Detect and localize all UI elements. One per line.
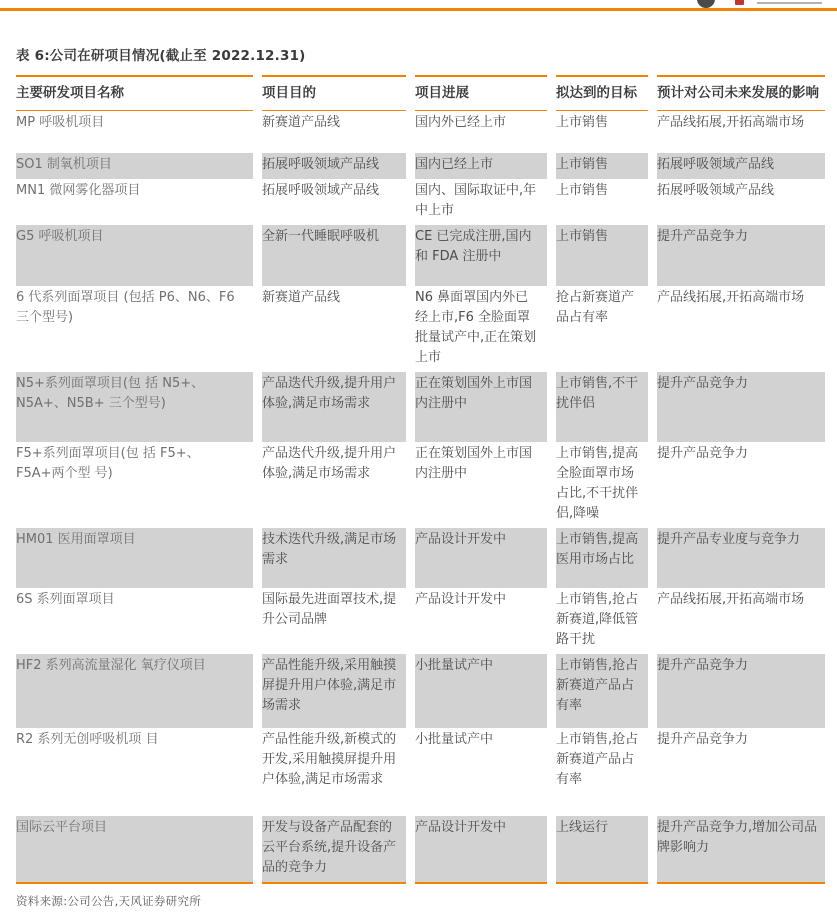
table-cell: 拓展呼吸领域产品线 [262,179,406,225]
table-body: MP 呼吸机项目新赛道产品线国内外已经上市上市销售产品线拓展,开拓高端市场SO1… [16,111,825,884]
table-cell: HF2 系列高流量湿化 氧疗仪项目 [16,654,253,728]
table-cell: 提升产品竞争力 [657,225,825,286]
table-cell: 拓展呼吸领域产品线 [657,179,825,225]
table-cell: 产品迭代升级,提升用户体验,满足市场需求 [262,442,406,528]
table-row: SO1 制氧机项目拓展呼吸领域产品线国内已经上市上市销售拓展呼吸领域产品线 [16,153,825,179]
table-cell: 技术迭代升级,满足市场需求 [262,528,406,588]
table-cell: 产品设计开发中 [415,588,547,654]
table-row: R2 系列无创呼吸机项 目产品性能升级,新模式的开发,采用触摸屏提升用户体验,满… [16,728,825,816]
table-row: HM01 医用面罩项目技术迭代升级,满足市场需求产品设计开发中上市销售,提高医用… [16,528,825,588]
table-cell: 提升产品竞争力,增加公司品牌影响力 [657,816,825,884]
table-row: F5+系列面罩项目(包 括 F5+、F5A+两个型 号)产品迭代升级,提升用户体… [16,442,825,528]
table-cell: 上市销售,抢占新赛道产品占有率 [556,728,648,816]
table-header: 主要研发项目名称项目目的项目进展拟达到的目标预计对公司未来发展的影响 [16,75,825,111]
table-row: 6 代系列面罩项目 (包括 P6、N6、F6 三个型号)新赛道产品线N6 鼻面罩… [16,286,825,372]
brand-strip [0,0,837,8]
table-cell: 提升产品竞争力 [657,654,825,728]
column-header: 预计对公司未来发展的影响 [657,75,825,111]
logo-circle-icon [697,0,715,8]
column-header: 项目进展 [415,75,547,111]
column-header: 拟达到的目标 [556,75,648,111]
logo-red-mark-icon [735,0,744,5]
table-cell: 拓展呼吸领域产品线 [262,153,406,179]
table-cell: 正在策划国外上市国内注册中 [415,372,547,442]
table-cell: 新赛道产品线 [262,286,406,372]
table-cell: 提升产品专业度与竞争力 [657,528,825,588]
table-row: G5 呼吸机项目全新一代睡眠呼吸机CE 已完成注册,国内和 FDA 注册中上市销… [16,225,825,286]
column-header: 主要研发项目名称 [16,75,253,111]
table-cell: MN1 微网雾化器项目 [16,179,253,225]
header-row: 主要研发项目名称项目目的项目进展拟达到的目标预计对公司未来发展的影响 [16,75,825,111]
table-cell: 全新一代睡眠呼吸机 [262,225,406,286]
table-row: HF2 系列高流量湿化 氧疗仪项目产品性能升级,采用触摸屏提升用户体验,满足市场… [16,654,825,728]
table-row: 6S 系列面罩项目国际最先进面罩技术,提升公司品牌产品设计开发中上市销售,抢占新… [16,588,825,654]
table-cell: 产品线拓展,开拓高端市场 [657,286,825,372]
rd-projects-table: 主要研发项目名称项目目的项目进展拟达到的目标预计对公司未来发展的影响 MP 呼吸… [16,75,825,884]
table-cell: 新赛道产品线 [262,111,406,153]
table-cell: 提升产品竞争力 [657,728,825,816]
table-cell: 6 代系列面罩项目 (包括 P6、N6、F6 三个型号) [16,286,253,372]
table-cell: 抢占新赛道产品占有率 [556,286,648,372]
table-cell: CE 已完成注册,国内和 FDA 注册中 [415,225,547,286]
table-cell: 产品迭代升级,提升用户体验,满足市场需求 [262,372,406,442]
table-cell: 上市销售,提高医用市场占比 [556,528,648,588]
table-cell: G5 呼吸机项目 [16,225,253,286]
table-cell: 6S 系列面罩项目 [16,588,253,654]
table-cell: 上市销售 [556,111,648,153]
table-cell: 产品性能升级,采用触摸屏提升用户体验,满足市场需求 [262,654,406,728]
table-cell: 产品设计开发中 [415,528,547,588]
table-cell: 产品性能升级,新模式的开发,采用触摸屏提升用户体验,满足市场需求 [262,728,406,816]
table-cell: N6 鼻面罩国内外已经上市,F6 全脸面罩批量试产中,正在策划上市 [415,286,547,372]
column-header: 项目目的 [262,75,406,111]
table-title: 表 6:公司在研项目情况(截止至 2022.12.31) [16,44,825,64]
table-cell: 拓展呼吸领域产品线 [657,153,825,179]
table-cell: 上市销售,不干扰伴侣 [556,372,648,442]
table-row: MP 呼吸机项目新赛道产品线国内外已经上市上市销售产品线拓展,开拓高端市场 [16,111,825,153]
table-cell: 产品线拓展,开拓高端市场 [657,111,825,153]
table-cell: MP 呼吸机项目 [16,111,253,153]
table-cell: 上线运行 [556,816,648,884]
table-cell: 上市销售,抢占新赛道,降低管路干扰 [556,588,648,654]
report-page: 表 6:公司在研项目情况(截止至 2022.12.31) 主要研发项目名称项目目… [0,11,837,909]
table-cell: 国内外已经上市 [415,111,547,153]
table-cell: 提升产品竞争力 [657,442,825,528]
table-cell: 上市销售 [556,179,648,225]
table-cell: R2 系列无创呼吸机项 目 [16,728,253,816]
table-cell: 上市销售 [556,153,648,179]
table-row: N5+系列面罩项目(包 括 N5+、N5A+、N5B+ 三个型号)产品迭代升级,… [16,372,825,442]
table-row: MN1 微网雾化器项目拓展呼吸领域产品线国内、国际取证中,年中上市上市销售拓展呼… [16,179,825,225]
table-cell: 国际云平台项目 [16,816,253,884]
table-cell: 国际最先进面罩技术,提升公司品牌 [262,588,406,654]
table-row: 国际云平台项目开发与设备产品配套的云平台系统,提升设备产品的竞争力产品设计开发中… [16,816,825,884]
table-cell: 上市销售,提高全脸面罩市场占比,不干扰伴侣,降噪 [556,442,648,528]
source-note: 资料来源:公司公告,天风证券研究所 [16,893,825,909]
table-cell: HM01 医用面罩项目 [16,528,253,588]
logo-wordmark [757,0,822,4]
table-cell: 上市销售 [556,225,648,286]
table-cell: N5+系列面罩项目(包 括 N5+、N5A+、N5B+ 三个型号) [16,372,253,442]
table-cell: 国内、国际取证中,年中上市 [415,179,547,225]
table-cell: 提升产品竞争力 [657,372,825,442]
table-cell: 小批量试产中 [415,728,547,816]
table-cell: 小批量试产中 [415,654,547,728]
table-cell: 国内已经上市 [415,153,547,179]
table-cell: SO1 制氧机项目 [16,153,253,179]
table-cell: 上市销售,抢占新赛道产品占有率 [556,654,648,728]
table-cell: 产品设计开发中 [415,816,547,884]
table-cell: F5+系列面罩项目(包 括 F5+、F5A+两个型 号) [16,442,253,528]
table-cell: 开发与设备产品配套的云平台系统,提升设备产品的竞争力 [262,816,406,884]
table-cell: 产品线拓展,开拓高端市场 [657,588,825,654]
table-cell: 正在策划国外上市国内注册中 [415,442,547,528]
